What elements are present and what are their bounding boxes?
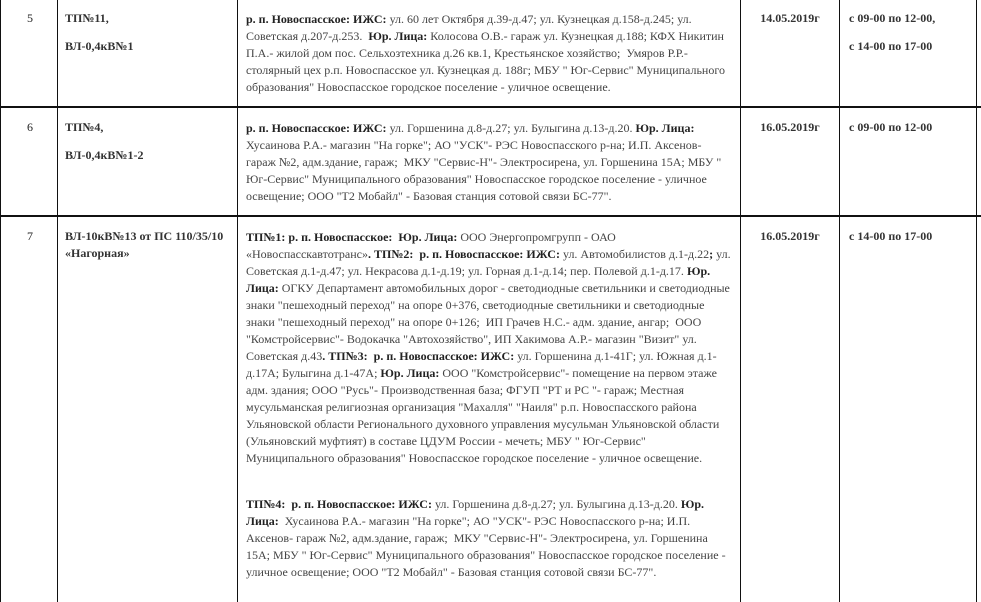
object-line: ТП№4, [65,119,230,136]
object-name: ТП№4, ВЛ-0,4кВ№1-2 [65,119,230,164]
outage-time: с 14-00 по 17-00 [849,228,974,245]
time-range: с 09-00 по 12-00, [849,10,974,27]
table-border-left [0,0,1,602]
table-border-right [976,0,977,602]
time-range: с 09-00 по 12-00 [849,119,974,136]
affected-addresses: р. п. Новоспасское: ИЖС: ул. Горшенина д… [246,120,734,205]
object-line: ВЛ-0,4кВ№1 [65,38,230,55]
object-line: ВЛ-10кВ№13 от ПС 110/35/10 «Нагорная» [65,228,230,262]
outage-date: 16.05.2019г [750,119,830,136]
time-range: с 14-00 по 17-00 [849,38,974,55]
object-line: ВЛ-0,4кВ№1-2 [65,147,230,164]
row-number: 5 [10,10,50,27]
column-divider [57,0,58,602]
object-name: ВЛ-10кВ№13 от ПС 110/35/10 «Нагорная» [65,228,230,262]
column-divider [237,0,238,602]
object-name: ТП№11, ВЛ-0,4кВ№1 [65,10,230,55]
time-range: с 14-00 по 17-00 [849,228,974,245]
affected-addresses-tp4: ТП№4: р. п. Новоспасское: ИЖС: ул. Горше… [246,496,734,581]
row-divider [0,215,981,217]
outage-time: с 09-00 по 12-00, с 14-00 по 17-00 [849,10,974,55]
affected-addresses: р. п. Новоспасское: ИЖС: ул. 60 лет Октя… [246,11,734,96]
outage-date: 14.05.2019г [750,10,830,27]
row-divider [0,106,981,108]
affected-addresses: ТП№1: р. п. Новоспасское: Юр. Лица: ООО … [246,229,734,467]
outage-time: с 09-00 по 12-00 [849,119,974,136]
column-divider [839,0,840,602]
column-divider [740,0,741,602]
row-number: 6 [10,119,50,136]
object-line: ТП№11, [65,10,230,27]
row-number: 7 [10,228,50,245]
outage-date: 16.05.2019г [750,228,830,245]
outage-schedule-table: 5 ТП№11, ВЛ-0,4кВ№1 р. п. Новоспасское: … [0,0,981,602]
